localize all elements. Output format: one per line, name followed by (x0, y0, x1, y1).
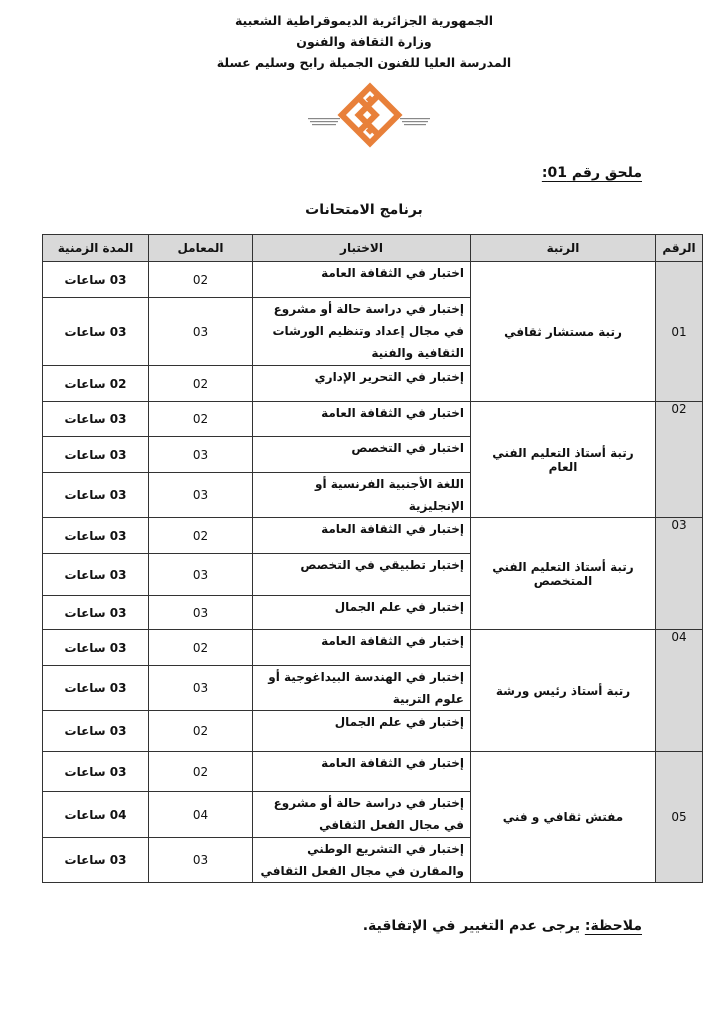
test-cell: اللغة الأجنبية الفرنسية أو الإنجليزية (253, 473, 471, 518)
test-cell: إختبار في علم الجمال (253, 596, 471, 630)
note: ملاحظة: يرجى عدم التغيير في الإتفاقية. (363, 918, 642, 934)
note-text: يرجى عدم التغيير في الإتفاقية. (363, 918, 585, 934)
test-cell: إختبار في علم الجمال (253, 711, 471, 752)
rank-cell: مفتش ثقافي و فني (471, 752, 656, 883)
test-cell: اختبار في الثقافة العامة (253, 402, 471, 437)
coefficient-cell: 03 (149, 437, 253, 473)
duration-cell: 03 ساعات (43, 473, 149, 518)
coefficient-cell: 04 (149, 792, 253, 838)
table-row: 02 رتبة أستاذ التعليم الفني العام اختبار… (43, 402, 703, 437)
rank-cell: رتبة أستاذ التعليم الفني المتخصص (471, 518, 656, 630)
col-header-duration: المدة الزمنية (43, 235, 149, 262)
coefficient-cell: 02 (149, 402, 253, 437)
row-number: 03 (656, 518, 703, 630)
header-line-school: المدرسة العليا للفنون الجميلة رابح وسليم… (0, 52, 728, 73)
test-cell: اختبار في التخصص (253, 437, 471, 473)
row-number: 02 (656, 402, 703, 518)
duration-cell: 03 ساعات (43, 437, 149, 473)
document-header: الجمهورية الجزائرية الديموقراطية الشعبية… (0, 10, 728, 73)
exam-program-table: الرقم الرتبة الاختبار المعامل المدة الزم… (42, 234, 703, 883)
header-line-ministry: وزارة الثقافة والفنون (0, 31, 728, 52)
duration-cell: 03 ساعات (43, 630, 149, 666)
table-row: 01 رتبة مستشار ثقافي اختبار في الثقافة ا… (43, 262, 703, 298)
duration-cell: 03 ساعات (43, 752, 149, 792)
duration-cell: 03 ساعات (43, 596, 149, 630)
annex-label: ملحق رقم 01: (542, 165, 642, 181)
rank-cell: رتبة أستاذ رئيس ورشة (471, 630, 656, 752)
school-logo-icon (300, 80, 440, 150)
table-row: 05 مفتش ثقافي و فني إختبار في الثقافة ال… (43, 752, 703, 792)
coefficient-cell: 03 (149, 473, 253, 518)
test-cell: إختبار في الهندسة البيداغوجية أو علوم ال… (253, 666, 471, 711)
duration-cell: 03 ساعات (43, 666, 149, 711)
coefficient-cell: 02 (149, 630, 253, 666)
header-line-republic: الجمهورية الجزائرية الديموقراطية الشعبية (0, 10, 728, 31)
duration-cell: 02 ساعات (43, 366, 149, 402)
note-label: ملاحظة: (585, 918, 642, 934)
rank-cell: رتبة مستشار ثقافي (471, 262, 656, 402)
duration-cell: 03 ساعات (43, 298, 149, 366)
col-header-coefficient: المعامل (149, 235, 253, 262)
test-cell: اختبار في الثقافة العامة (253, 262, 471, 298)
rank-cell: رتبة أستاذ التعليم الفني العام (471, 402, 656, 518)
table-row: 03 رتبة أستاذ التعليم الفني المتخصص إختب… (43, 518, 703, 554)
duration-cell: 03 ساعات (43, 838, 149, 883)
col-header-test: الاختبار (253, 235, 471, 262)
row-number: 05 (656, 752, 703, 883)
test-cell: إختبار في التحرير الإداري (253, 366, 471, 402)
page-title: برنامج الامتحانات (0, 202, 728, 218)
coefficient-cell: 02 (149, 518, 253, 554)
coefficient-cell: 02 (149, 711, 253, 752)
col-header-rank: الرتبة (471, 235, 656, 262)
test-cell: إختبار في الثقافة العامة (253, 630, 471, 666)
duration-cell: 03 ساعات (43, 554, 149, 596)
table-row: 04 رتبة أستاذ رئيس ورشة إختبار في الثقاف… (43, 630, 703, 666)
row-number: 01 (656, 262, 703, 402)
coefficient-cell: 03 (149, 554, 253, 596)
duration-cell: 04 ساعات (43, 792, 149, 838)
row-number: 04 (656, 630, 703, 752)
coefficient-cell: 03 (149, 666, 253, 711)
duration-cell: 03 ساعات (43, 402, 149, 437)
test-cell: إختبار في التشريع الوطني والمقارن في مجا… (253, 838, 471, 883)
col-header-number: الرقم (656, 235, 703, 262)
test-cell: إختبار في دراسة حالة أو مشروع في مجال ال… (253, 792, 471, 838)
coefficient-cell: 03 (149, 596, 253, 630)
duration-cell: 03 ساعات (43, 262, 149, 298)
test-cell: إختبار في الثقافة العامة (253, 518, 471, 554)
coefficient-cell: 03 (149, 298, 253, 366)
coefficient-cell: 03 (149, 838, 253, 883)
test-cell: إختبار في دراسة حالة أو مشروع في مجال إع… (253, 298, 471, 366)
test-cell: إختبار في الثقافة العامة (253, 752, 471, 792)
test-cell: إختبار تطبيقي في التخصص (253, 554, 471, 596)
coefficient-cell: 02 (149, 262, 253, 298)
duration-cell: 03 ساعات (43, 711, 149, 752)
coefficient-cell: 02 (149, 752, 253, 792)
table-header-row: الرقم الرتبة الاختبار المعامل المدة الزم… (43, 235, 703, 262)
coefficient-cell: 02 (149, 366, 253, 402)
duration-cell: 03 ساعات (43, 518, 149, 554)
